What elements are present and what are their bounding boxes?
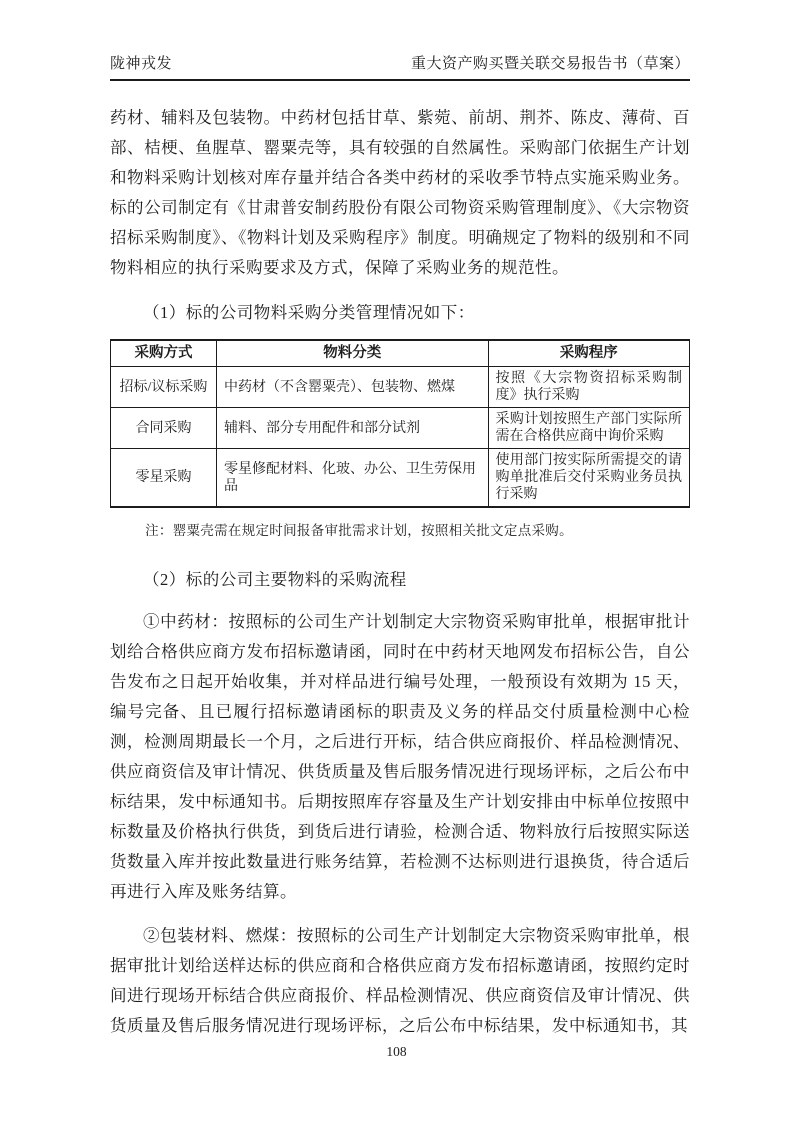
header-report-title: 重大资产购买暨关联交易报告书（草案）: [411, 52, 690, 73]
heading-procurement-classification: （1）标的公司物料采购分类管理情况如下：: [110, 298, 690, 328]
page-footer: 108: [0, 1044, 793, 1060]
table-header-method: 采购方式: [111, 340, 217, 367]
heading-procurement-process: （2）标的公司主要物料的采购流程: [110, 565, 690, 595]
document-page: 陇神戎发 重大资产购买暨关联交易报告书（草案） 药材、辅料及包装物。中药材包括甘…: [0, 0, 793, 1122]
table-row: 合同采购 辅料、部分专用配件和部分试剂 采购计划按照生产部门实际所需在合格供应商…: [111, 408, 690, 449]
table-header-material-class: 物料分类: [216, 340, 488, 367]
page-number: 108: [386, 1044, 406, 1059]
cell-material-class: 辅料、部分专用配件和部分试剂: [216, 408, 488, 449]
cell-procedure: 采购计划按照生产部门实际所需在合格供应商中询价采购: [488, 408, 690, 449]
header-company-name: 陇神戎发: [110, 52, 172, 73]
cell-procedure: 使用部门按实际所需提交的请购单批准后交付采购业务员执行采购: [488, 449, 690, 508]
cell-material-class: 中药材（不含罂粟壳）、包装物、燃煤: [216, 367, 488, 408]
cell-method: 合同采购: [111, 408, 217, 449]
table-footnote: 注：罂粟壳需在规定时间报备审批需求计划，按照相关批文定点采购。: [110, 521, 690, 541]
paragraph-herbal-procurement: ①中药材：按照标的公司生产计划制定大宗物资采购审批单，根据审批计划给合格供应商方…: [110, 607, 690, 907]
cell-material-class: 零星修配材料、化玻、办公、卫生劳保用品: [216, 449, 488, 508]
cell-method: 招标/议标采购: [111, 367, 217, 408]
cell-procedure: 按照《大宗物资招标采购制度》执行采购: [488, 367, 690, 408]
table-header-procedure: 采购程序: [488, 340, 690, 367]
paragraph-materials-intro: 药材、辅料及包装物。中药材包括甘草、紫菀、前胡、荆芥、陈皮、薄荷、百部、桔梗、鱼…: [110, 103, 690, 283]
page-header: 陇神戎发 重大资产购买暨关联交易报告书（草案）: [110, 0, 690, 81]
procurement-classification-table: 采购方式 物料分类 采购程序 招标/议标采购 中药材（不含罂粟壳）、包装物、燃煤…: [110, 339, 690, 508]
cell-method: 零星采购: [111, 449, 217, 508]
page-content: 陇神戎发 重大资产购买暨关联交易报告书（草案） 药材、辅料及包装物。中药材包括甘…: [110, 0, 690, 1041]
paragraph-packaging-fuel-procurement: ②包装材料、燃煤：按照标的公司生产计划制定大宗物资采购审批单，根据审批计划给送样…: [110, 921, 690, 1041]
table-row: 零星采购 零星修配材料、化玻、办公、卫生劳保用品 使用部门按实际所需提交的请购单…: [111, 449, 690, 508]
table-header-row: 采购方式 物料分类 采购程序: [111, 340, 690, 367]
table-row: 招标/议标采购 中药材（不含罂粟壳）、包装物、燃煤 按照《大宗物资招标采购制度》…: [111, 367, 690, 408]
